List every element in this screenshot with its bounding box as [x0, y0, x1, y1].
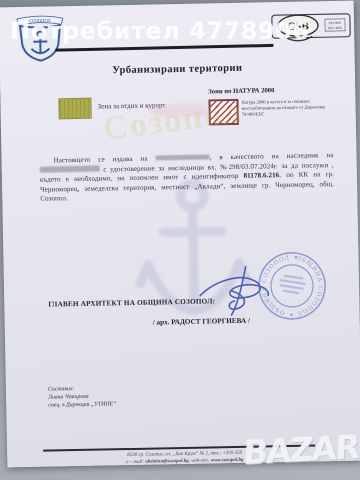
iso-14001-label: ISO 14001	[328, 26, 343, 30]
footer-email-label: e – mail:	[126, 459, 145, 464]
photo-of-document: СОЗОПОЛ CSB ISO 9001 ISO 14001 Урбанизир…	[0, 0, 360, 480]
parcel-identifier: 81178.6.216	[243, 171, 279, 180]
legend-natura-description: Натура 2000 в частта и за опазване место…	[241, 98, 337, 117]
body-paragraph: Настоящето се издава на , в качеството н…	[39, 151, 334, 205]
compiler-position: спец. в Дирекция „УТИПЕ“	[48, 400, 116, 409]
iso-9001-label: ISO 9001	[328, 21, 341, 25]
municipal-round-stamp: ОБЩИНА СОЗОПОЛ ✶ ОБЩИНА СОЗОПОЛ ✶	[251, 245, 333, 327]
document-paper: СОЗОПОЛ CSB ISO 9001 ISO 14001 Урбанизир…	[0, 1, 360, 468]
user-id-watermark: Потребител 4778906	[10, 17, 310, 45]
section-title: Урбанизирани територии	[0, 61, 355, 79]
bazar-logo-watermark: BAZAR	[242, 427, 359, 472]
compiler-block: Съставил: Лияна Чакърова спец. в Дирекци…	[48, 384, 116, 409]
redacted-name-1	[155, 154, 209, 161]
footer-website-label: , web-site:	[189, 458, 211, 463]
footer-website: www.sozopol.bg	[211, 457, 244, 463]
header-rule	[55, 44, 273, 52]
redacted-name-2	[40, 166, 100, 173]
body-text-2: , в качеството на наследник на	[209, 151, 333, 161]
stamp-inner-lines	[278, 274, 306, 295]
legend-recreation-swatch	[58, 98, 91, 120]
body-text-1: Настоящето се издава на	[53, 154, 155, 164]
footer-email: obshtina@sozopol.bg	[145, 458, 189, 464]
